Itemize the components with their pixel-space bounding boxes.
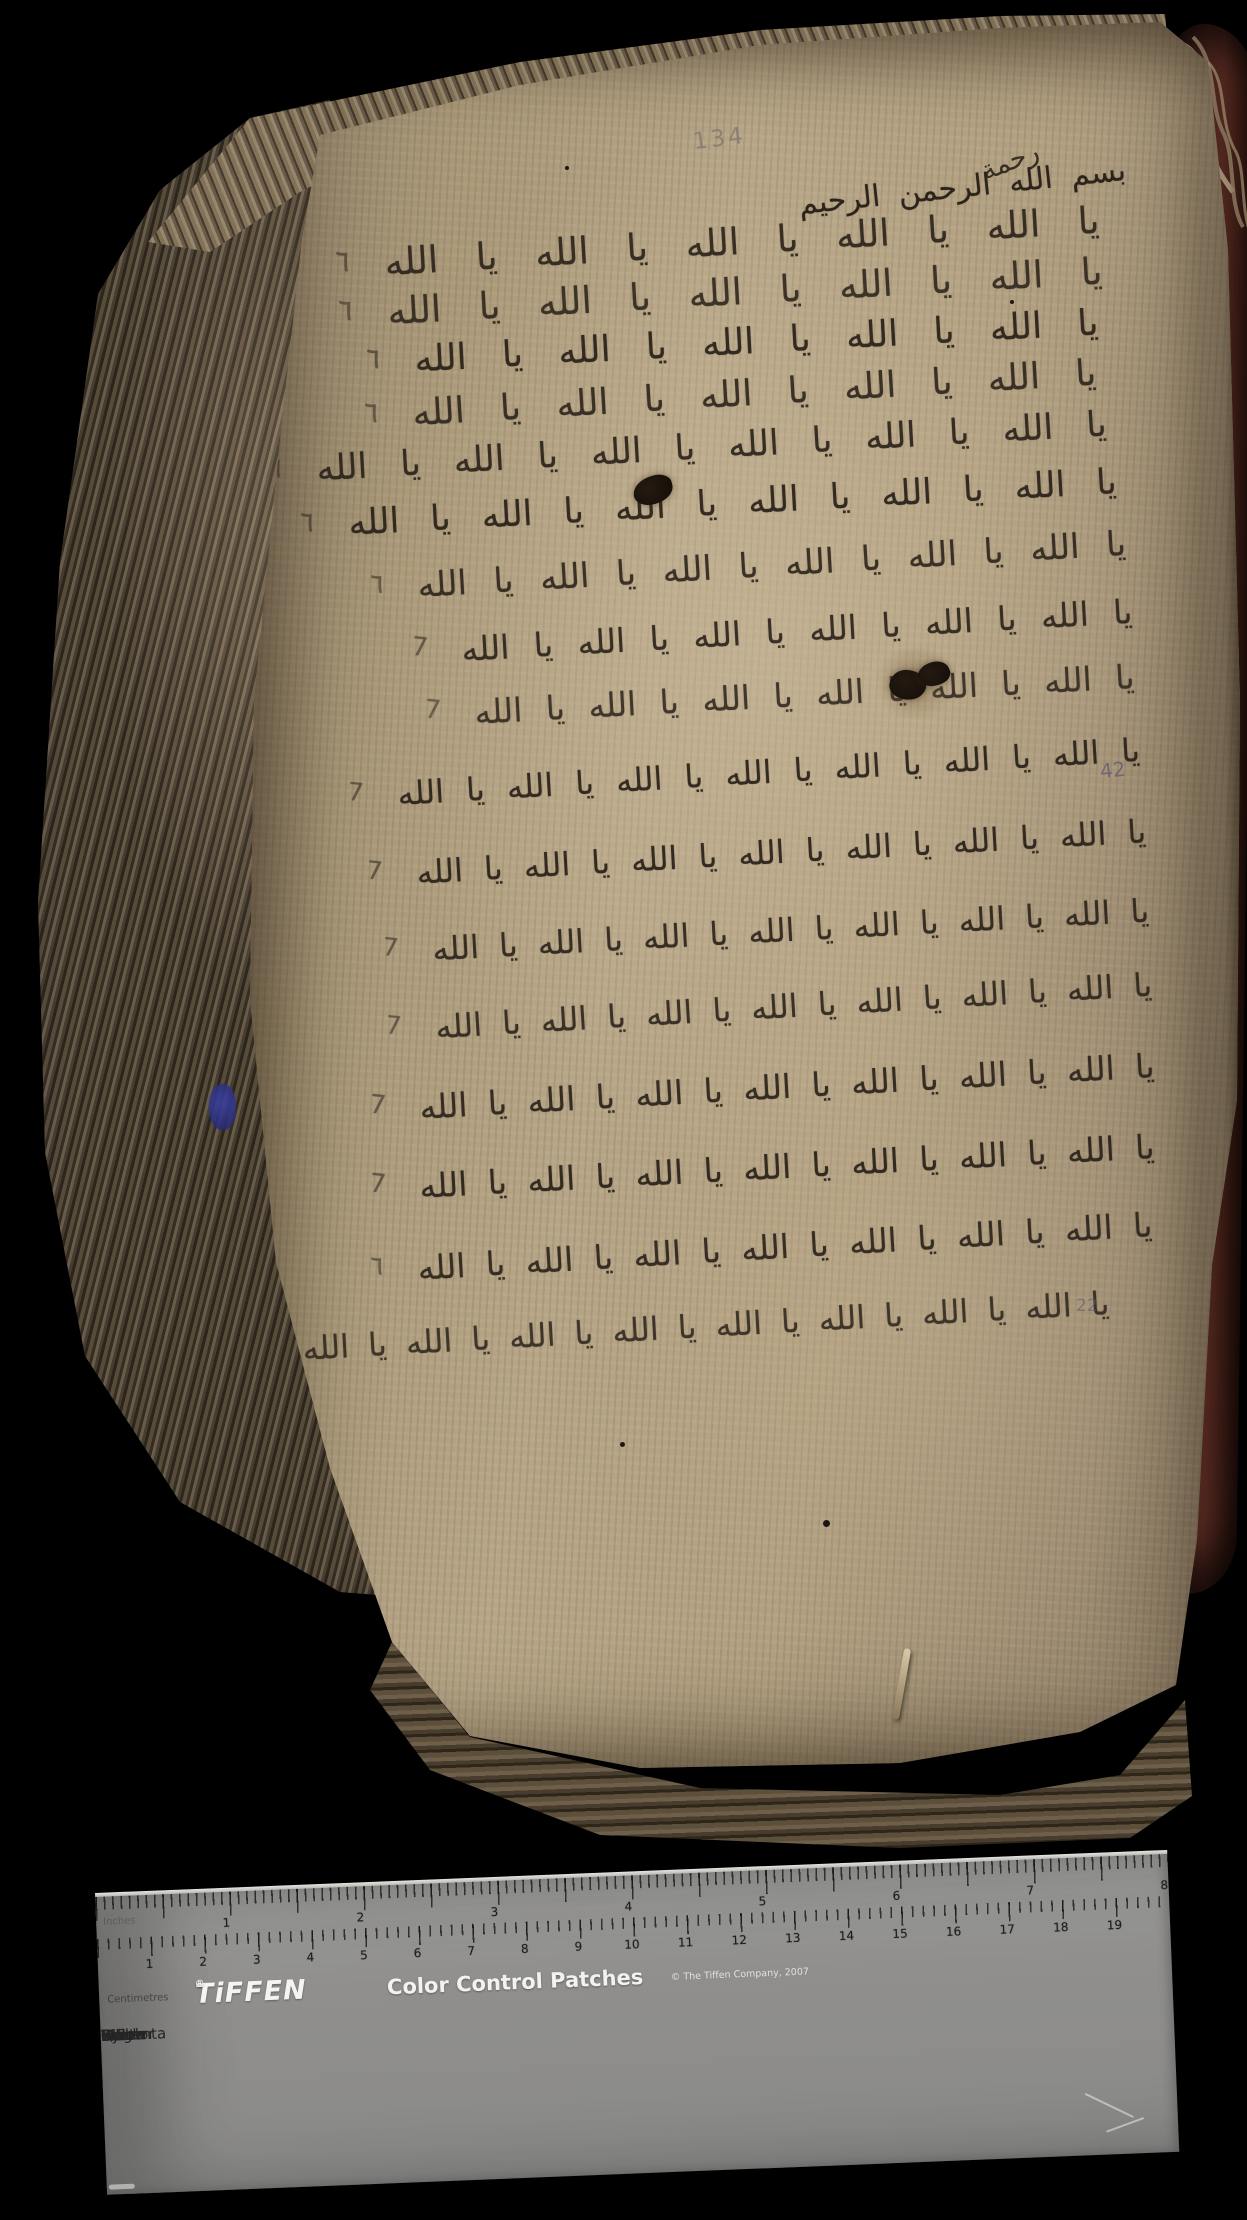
line-margin-mark: 7 — [366, 858, 384, 884]
ruler-number: 7 — [1026, 1883, 1034, 1897]
card-title: Color Control Patches — [387, 1965, 644, 1999]
patch-saturated — [104, 2120, 107, 2195]
patch-saturated — [104, 2120, 107, 2195]
patch-saturated — [104, 2120, 107, 2195]
line-margin-mark: ٦ — [334, 246, 352, 276]
line-margin-mark: ٦ — [337, 295, 355, 325]
ruler-number: 7 — [467, 1944, 475, 1958]
ruler-number: 3 — [490, 1905, 498, 1919]
patch-stack — [101, 2053, 107, 2195]
ruler-number: 18 — [1053, 1920, 1069, 1935]
ruler-number: 17 — [999, 1922, 1015, 1937]
line-margin-mark: 7 — [410, 635, 429, 662]
patch-pastel — [101, 2054, 104, 2120]
line-margin-mark: 7 — [368, 1171, 387, 1198]
patch-pastel — [101, 2054, 104, 2120]
patch-saturated — [104, 2120, 107, 2195]
ruler-number: 15 — [892, 1926, 908, 1941]
manuscript-text-block: يا الله يا الله يا الله يا الله يا الله٦… — [245, 18, 1245, 1778]
manuscript-line-11: يا الله يا الله يا الله يا الله يا الله … — [416, 815, 1147, 888]
ruler-number: 5 — [360, 1948, 368, 1962]
manuscript-line-17: يا الله يا الله يا الله يا الله يا الله … — [302, 1287, 1110, 1365]
patch-saturated — [104, 2120, 107, 2195]
card-corner-wear — [109, 2184, 135, 2190]
ruler-number: 8 — [521, 1942, 529, 1956]
manuscript-page: 134 رحمة بسم الله الرحمن الرحيم يا الله … — [245, 18, 1245, 1778]
ruler-number: 19 — [1107, 1918, 1123, 1933]
ruler-number: 16 — [946, 1924, 962, 1939]
line-margin-mark: ٦ — [369, 1254, 385, 1281]
manuscript-line-8: يا الله يا الله يا الله يا الله يا الله … — [461, 595, 1134, 666]
ruler-number: 1 — [222, 1916, 230, 1930]
line-margin-mark: 7 — [423, 697, 442, 724]
patch-stack — [101, 2053, 107, 2195]
manuscript-line-12: يا الله يا الله يا الله يا الله يا الله … — [432, 895, 1150, 966]
line-margin-mark: ٦ — [362, 398, 380, 427]
patch-saturated — [104, 2120, 107, 2195]
ruler-number: 13 — [785, 1931, 801, 1946]
ruler-number: 2 — [199, 1955, 207, 1969]
manuscript-line-14: يا الله يا الله يا الله يا الله يا الله … — [419, 1049, 1156, 1124]
ruler-number: 10 — [624, 1937, 640, 1952]
line-margin-mark: ٦ — [364, 344, 382, 373]
registered-mark: ® — [195, 1979, 206, 1990]
ruler-number: 8 — [1160, 1878, 1168, 1892]
line-margin-mark: 7 — [368, 1093, 387, 1120]
ruler-number: 6 — [413, 1946, 421, 1960]
ruler-centimetres-label: Centimetres — [107, 1992, 169, 2005]
patch-stack — [101, 2053, 107, 2195]
patch-label: Black — [100, 2027, 101, 2045]
manuscript-line-10: يا الله يا الله يا الله يا الله يا الله … — [397, 734, 1141, 810]
card-copyright: © The Tiffen Company, 2007 — [671, 1966, 810, 1983]
patch-stack — [101, 2053, 107, 2195]
patch-pastel — [101, 2054, 104, 2120]
paper-speck — [565, 166, 569, 170]
paper-speck — [620, 1442, 625, 1447]
line-margin-mark: 7 — [347, 780, 365, 806]
patch-saturated — [104, 2120, 107, 2195]
paper-speck — [823, 1520, 830, 1527]
patch-saturated — [104, 2120, 107, 2195]
patch-pastel — [101, 2054, 104, 2120]
patch-pastel — [101, 2054, 104, 2120]
patch-stack — [101, 2053, 107, 2195]
paper-speck — [1010, 300, 1014, 304]
ruler-number: 9 — [574, 1939, 582, 1953]
line-margin-mark: ٦ — [298, 508, 315, 537]
manuscript-line-15: يا الله يا الله يا الله يا الله يا الله … — [419, 1130, 1156, 1203]
margin-note-42: 42 — [1099, 757, 1127, 784]
patch-pastel — [101, 2054, 104, 2120]
patch-stack — [101, 2053, 107, 2195]
ruler-number: 11 — [678, 1935, 694, 1950]
line-margin-mark: 7 — [382, 935, 400, 961]
line-margin-mark: 7 — [385, 1013, 403, 1039]
patch-stack — [101, 2053, 107, 2195]
patch-stack — [101, 2053, 107, 2195]
patch-pastel — [101, 2054, 104, 2120]
patch-saturated — [104, 2120, 107, 2195]
tiffen-color-card: Inches 12345678 123456789101112131415161… — [95, 1850, 1179, 2195]
ruler-number: 4 — [624, 1899, 632, 1913]
ruler-number: 5 — [758, 1894, 766, 1908]
ruler-number: 2 — [356, 1910, 364, 1924]
patch-pastel — [101, 2054, 104, 2120]
manuscript-line-9: يا الله يا الله يا الله يا الله يا الله … — [474, 660, 1136, 729]
manuscript-line-7: يا الله يا الله يا الله يا الله يا الله … — [417, 527, 1127, 603]
manuscript-line-16: يا الله يا الله يا الله يا الله يا الله … — [417, 1208, 1154, 1285]
ruler-number: 6 — [892, 1889, 900, 1903]
ruler-number: 4 — [306, 1950, 314, 1964]
blue-ink-margin-mark — [209, 1084, 236, 1130]
margin-note-22: 22 — [1076, 1296, 1098, 1316]
patch-stack — [101, 2053, 107, 2195]
photo-stage: 134 رحمة بسم الله الرحمن الرحيم يا الله … — [0, 0, 1247, 2220]
manuscript-line-13: يا الله يا الله يا الله يا الله يا الله … — [435, 969, 1153, 1043]
ruler-number: 12 — [731, 1933, 747, 1948]
patch-pastel — [101, 2054, 104, 2120]
ruler-number: 14 — [839, 1929, 855, 1944]
ruler-number: 3 — [253, 1952, 261, 1966]
ruler-number: 1 — [145, 1957, 153, 1971]
line-margin-mark: ٦ — [368, 571, 385, 599]
